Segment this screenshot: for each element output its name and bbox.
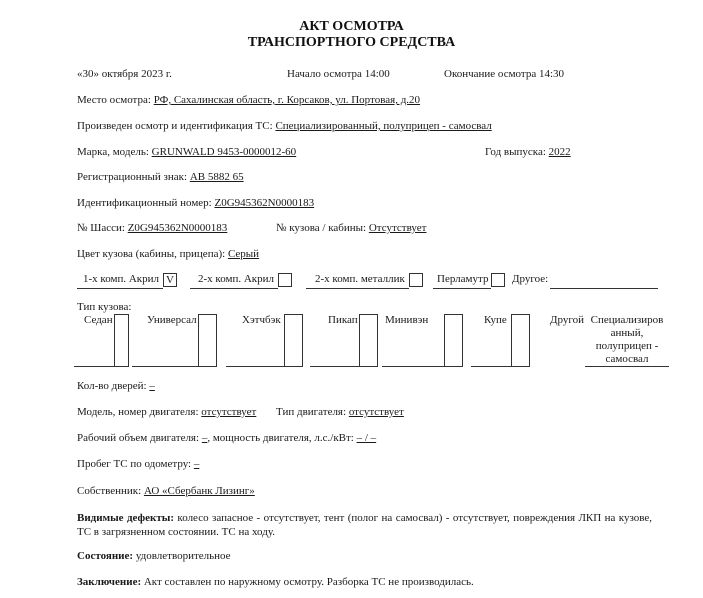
condition-label: Состояние: (77, 550, 133, 562)
conclusion-label: Заключение: (77, 576, 141, 588)
body-type-other-line: анный, (586, 327, 668, 340)
body-number-row: № кузова / кабины: Отсутствует (276, 222, 426, 234)
inspection-date: «30» октября 2023 г. (77, 68, 172, 80)
paint-type-2-label: 2-х комп. Акрил (198, 273, 274, 285)
owner-row: Собственник: АО «Сбербанк Лизинг» (77, 485, 255, 497)
condition-value: удовлетворительное (136, 550, 231, 562)
body-type-sedan-checkbox[interactable] (114, 314, 129, 367)
document-title-line1: АКТ ОСМОТРА (0, 19, 703, 35)
defects-label: Видимые дефекты: (77, 512, 174, 524)
body-type-hatchback-label: Хэтчбэк (242, 314, 281, 326)
paint-type-4-underline (433, 288, 491, 289)
body-type-other-underline (585, 366, 669, 367)
start-time-label: Начало осмотра (287, 68, 362, 80)
body-type-other-value: Специализиров анный, полуприцеп - самосв… (586, 314, 668, 366)
defects-paragraph: Видимые дефекты: колесо запасное - отсут… (77, 511, 652, 539)
doors-label: Кол-во дверей: (77, 380, 147, 392)
body-type-wagon-label: Универсал (147, 314, 197, 326)
body-type-sedan-underline (74, 366, 114, 367)
reg-plate-row: Регистрационный знак: АВ 5882 65 (77, 171, 244, 183)
body-type-other-label: Другой (550, 314, 584, 326)
chassis-row: № Шасси: Z0G945362N0000183 (77, 222, 233, 234)
start-time-row: Начало осмотра 14:00 (287, 68, 390, 80)
inspection-row: Произведен осмотр и идентификация ТС: Сп… (77, 120, 492, 132)
engine-type-value: отсутствует (349, 406, 404, 418)
body-type-coupe-underline (471, 366, 511, 367)
make-model-label: Марка, модель: (77, 146, 149, 158)
engine-model-value: отсутствует (201, 406, 256, 418)
body-type-pickup-checkbox[interactable] (359, 314, 378, 367)
doors-value: – (149, 380, 155, 392)
body-number-value: Отсутствует (369, 222, 427, 234)
end-time-label: Окончание осмотра (444, 68, 536, 80)
end-time-value: 14:30 (539, 68, 564, 80)
chassis-value: Z0G945362N0000183 (128, 222, 234, 234)
body-type-minivan-checkbox[interactable] (444, 314, 463, 367)
vin-value: Z0G945362N0000183 (214, 197, 314, 209)
place-label: Место осмотра: (77, 94, 151, 106)
year-row: Год выпуска: 2022 (485, 146, 571, 158)
body-type-pickup-underline (310, 366, 359, 367)
document-title-line2: ТРАНСПОРТНОГО СРЕДСТВА (0, 35, 703, 51)
comma-separator: , (207, 432, 210, 444)
paint-type-3-label: 2-х комп. металлик (315, 273, 405, 285)
body-type-sedan-label: Седан (84, 314, 113, 326)
end-time-row: Окончание осмотра 14:30 (444, 68, 564, 80)
engine-power-label: мощность двигателя, л.с./кВт: (213, 432, 354, 444)
body-type-other-line: Специализиров (586, 314, 668, 327)
paint-type-1-label: 1-х комп. Акрил (83, 273, 159, 285)
engine-volume-label: Рабочий объем двигателя: (77, 432, 199, 444)
paint-type-1-underline (77, 288, 163, 289)
body-type-hatchback-checkbox[interactable] (284, 314, 303, 367)
paint-type-3-underline (306, 288, 409, 289)
body-type-coupe-checkbox[interactable] (511, 314, 530, 367)
color-row: Цвет кузова (кабины, прицепа): Серый (77, 248, 259, 260)
mileage-label: Пробег ТС по одометру: (77, 458, 191, 470)
body-type-label: Тип кузова: (77, 301, 131, 313)
body-type-wagon-checkbox[interactable] (198, 314, 217, 367)
engine-type-label: Тип двигателя: (276, 406, 346, 418)
engine-model-row: Модель, номер двигателя: отсутствует (77, 406, 256, 418)
mileage-row: Пробег ТС по одометру: – (77, 458, 199, 470)
paint-type-2-underline (190, 288, 278, 289)
inspection-value: Специализированный, полуприцеп - самосва… (275, 120, 491, 132)
body-type-minivan-underline (382, 366, 444, 367)
inspection-label: Произведен осмотр и идентификация ТС: (77, 120, 273, 132)
engine-power-value: – / – (357, 432, 377, 444)
doors-row: Кол-во дверей: – (77, 380, 155, 392)
place-row: Место осмотра: РФ, Сахалинская область, … (77, 94, 420, 106)
body-type-other-line: самосвал (586, 353, 668, 366)
body-type-wagon-underline (132, 366, 198, 367)
year-value: 2022 (549, 146, 571, 158)
condition-row: Состояние: удовлетворительное (77, 550, 231, 562)
paint-other-field[interactable] (550, 288, 658, 289)
engine-model-label: Модель, номер двигателя: (77, 406, 199, 418)
paint-type-4-label: Перламутр (437, 273, 488, 285)
body-type-other-line: полуприцеп - (586, 340, 668, 353)
paint-other-label: Другое: (512, 273, 548, 285)
make-model-value: GRUNWALD 9453-0000012-60 (152, 146, 297, 158)
paint-type-3-checkbox[interactable] (409, 273, 423, 287)
conclusion-value: Акт составлен по наружному осмотру. Разб… (144, 576, 474, 588)
start-time-value: 14:00 (365, 68, 390, 80)
engine-volume-power-row: Рабочий объем двигателя: –, мощность дви… (77, 432, 376, 444)
place-value: РФ, Сахалинская область, г. Корсаков, ул… (154, 94, 420, 106)
conclusion-row: Заключение: Акт составлен по наружному о… (77, 576, 474, 588)
engine-type-row: Тип двигателя: отсутствует (276, 406, 404, 418)
mileage-value: – (194, 458, 200, 470)
owner-label: Собственник: (77, 485, 141, 497)
chassis-label: № Шасси: (77, 222, 125, 234)
year-label: Год выпуска: (485, 146, 546, 158)
color-value: Серый (228, 248, 259, 260)
body-number-label: № кузова / кабины: (276, 222, 366, 234)
reg-plate-label: Регистрационный знак: (77, 171, 187, 183)
body-type-coupe-label: Купе (484, 314, 507, 326)
body-type-hatchback-underline (226, 366, 284, 367)
paint-type-2-checkbox[interactable] (278, 273, 292, 287)
vin-row: Идентификационный номер: Z0G945362N00001… (77, 197, 314, 209)
vin-label: Идентификационный номер: (77, 197, 212, 209)
body-type-pickup-label: Пикап (328, 314, 358, 326)
color-label: Цвет кузова (кабины, прицепа): (77, 248, 225, 260)
paint-type-1-checkbox[interactable]: V (163, 273, 177, 287)
reg-plate-value: АВ 5882 65 (190, 171, 244, 183)
make-model-row: Марка, модель: GRUNWALD 9453-0000012-60 (77, 146, 296, 158)
owner-value: АО «Сбербанк Лизинг» (144, 485, 255, 497)
body-type-minivan-label: Минивэн (385, 314, 428, 326)
paint-type-4-checkbox[interactable] (491, 273, 505, 287)
